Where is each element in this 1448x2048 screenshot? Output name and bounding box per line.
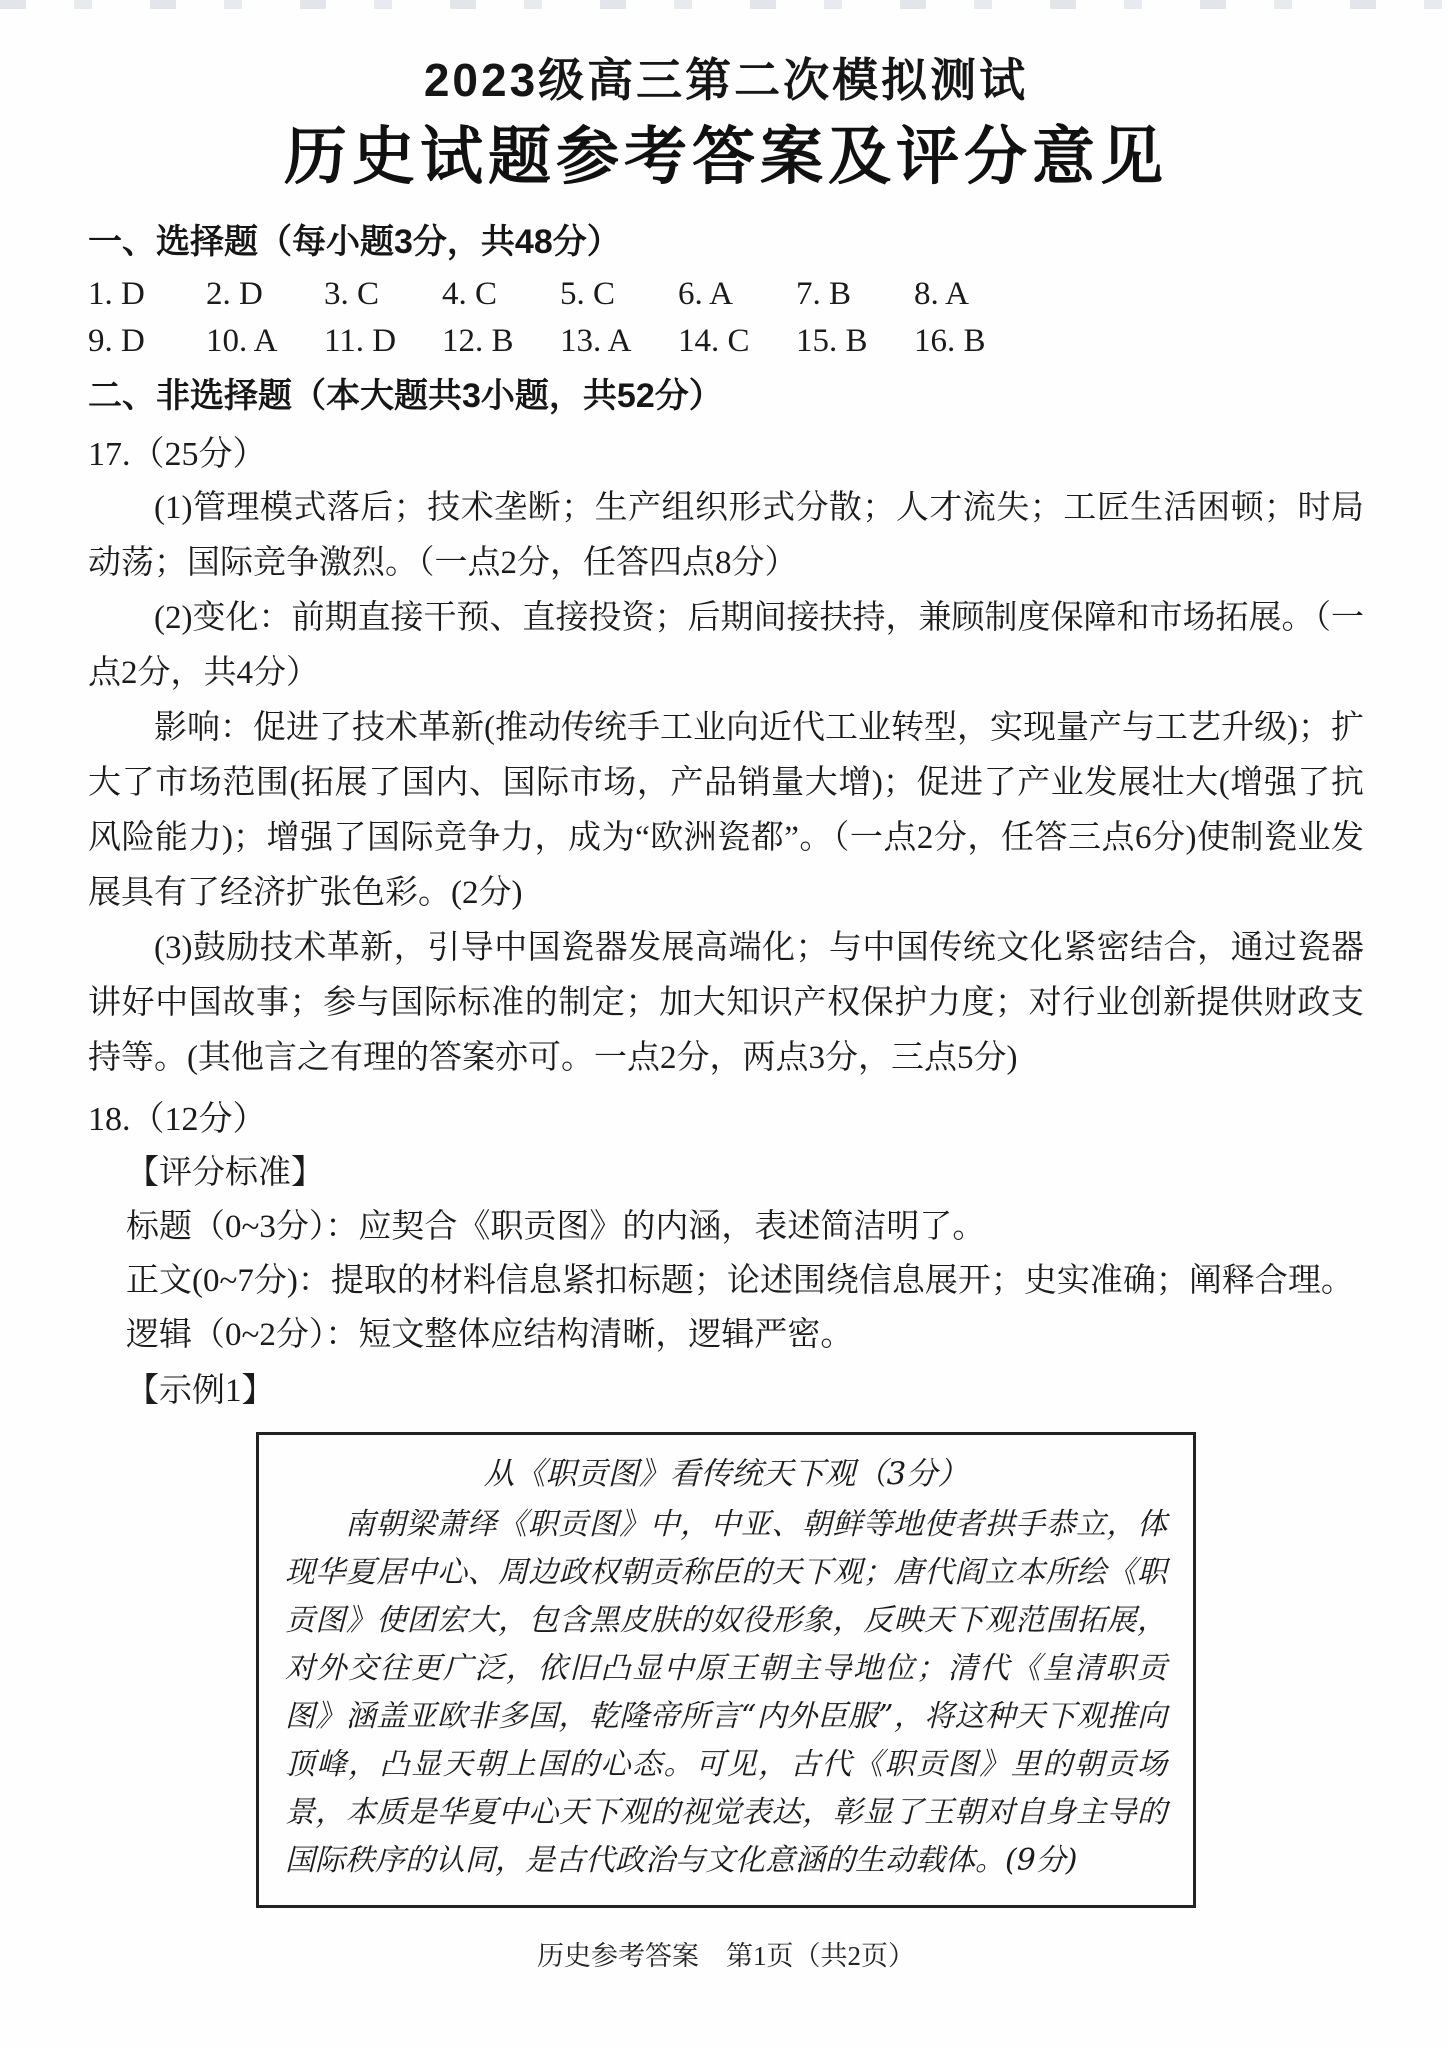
- q17-paragraph-2: (2)变化：前期直接干预、直接投资；后期间接扶持，兼顾制度保障和市场拓展。（一点…: [88, 591, 1364, 701]
- mcq-answer-13: 13. A: [560, 318, 678, 365]
- mcq-answers-grid: 1. D 2. D 3. C 4. C 5. C 6. A 7. B 8. A …: [88, 271, 1364, 365]
- rubric-item-body: 正文(0~7分)：提取的材料信息紧扣标题；论述围绕信息展开；史实准确；阐释合理。: [126, 1254, 1364, 1308]
- exam-title: 2023级高三第二次模拟测试: [88, 52, 1364, 110]
- section-choice-heading: 一、选择题（每小题3分，共48分）: [88, 217, 1364, 267]
- q17-paragraph-4: (3)鼓励技术革新，引导中国瓷器发展高端化；与中国传统文化紧密结合，通过瓷器讲好…: [88, 921, 1364, 1086]
- mcq-answer-16: 16. B: [914, 318, 1032, 365]
- q17-paragraph-3: 影响：促进了技术革新(推动传统手工业向近代工业转型，实现量产与工艺升级)；扩大了…: [88, 701, 1364, 921]
- rubric-item-title: 标题（0~3分）：应契合《职贡图》的内涵，表述简洁明了。: [126, 1200, 1364, 1254]
- mcq-answer-11: 11. D: [324, 318, 442, 365]
- q18-rubric: 【评分标准】 标题（0~3分）：应契合《职贡图》的内涵，表述简洁明了。 正文(0…: [126, 1146, 1364, 1362]
- example-label: 【示例1】: [126, 1364, 1364, 1418]
- mcq-answer-7: 7. B: [796, 271, 914, 318]
- mcq-answer-6: 6. A: [678, 271, 796, 318]
- page-content: 2023级高三第二次模拟测试 历史试题参考答案及评分意见 一、选择题（每小题3分…: [0, 0, 1448, 1974]
- scan-artifact-strip: [0, 0, 1448, 9]
- example-essay-title: 从《职贡图》看传统天下观（3分）: [285, 1451, 1167, 1497]
- mcq-answer-15: 15. B: [796, 318, 914, 365]
- mcq-answer-10: 10. A: [206, 318, 324, 365]
- example-essay-body: 南朝梁萧绎《职贡图》中，中亚、朝鲜等地使者拱手恭立，体现华夏居中心、周边政权朝贡…: [285, 1501, 1167, 1885]
- mcq-answer-4: 4. C: [442, 271, 560, 318]
- page-footer: 历史参考答案 第1页（共2页）: [88, 1938, 1364, 1974]
- mcq-answer-2: 2. D: [206, 271, 324, 318]
- q17-paragraph-1: (1)管理模式落后；技术垄断；生产组织形式分散；人才流失；工匠生活困顿；时局动荡…: [88, 481, 1364, 591]
- mcq-answer-14: 14. C: [678, 318, 796, 365]
- rubric-item-logic: 逻辑（0~2分）：短文整体应结构清晰，逻辑严密。: [126, 1308, 1364, 1362]
- q17-heading: 17.（25分）: [88, 429, 1364, 481]
- mcq-answer-5: 5. C: [560, 271, 678, 318]
- mcq-answer-1: 1. D: [88, 271, 206, 318]
- mcq-answer-9: 9. D: [88, 318, 206, 365]
- q18-heading: 18.（12分）: [88, 1094, 1364, 1146]
- answer-key-page: 2023级高三第二次模拟测试 历史试题参考答案及评分意见 一、选择题（每小题3分…: [0, 0, 1448, 2048]
- rubric-label: 【评分标准】: [126, 1146, 1364, 1200]
- mcq-answer-8: 8. A: [914, 271, 1032, 318]
- section-free-heading: 二、非选择题（本大题共3小题，共52分）: [88, 371, 1364, 421]
- example-box: 从《职贡图》看传统天下观（3分） 南朝梁萧绎《职贡图》中，中亚、朝鲜等地使者拱手…: [256, 1432, 1196, 1908]
- mcq-answer-12: 12. B: [442, 318, 560, 365]
- page-subtitle: 历史试题参考答案及评分意见: [88, 120, 1364, 196]
- mcq-answer-3: 3. C: [324, 271, 442, 318]
